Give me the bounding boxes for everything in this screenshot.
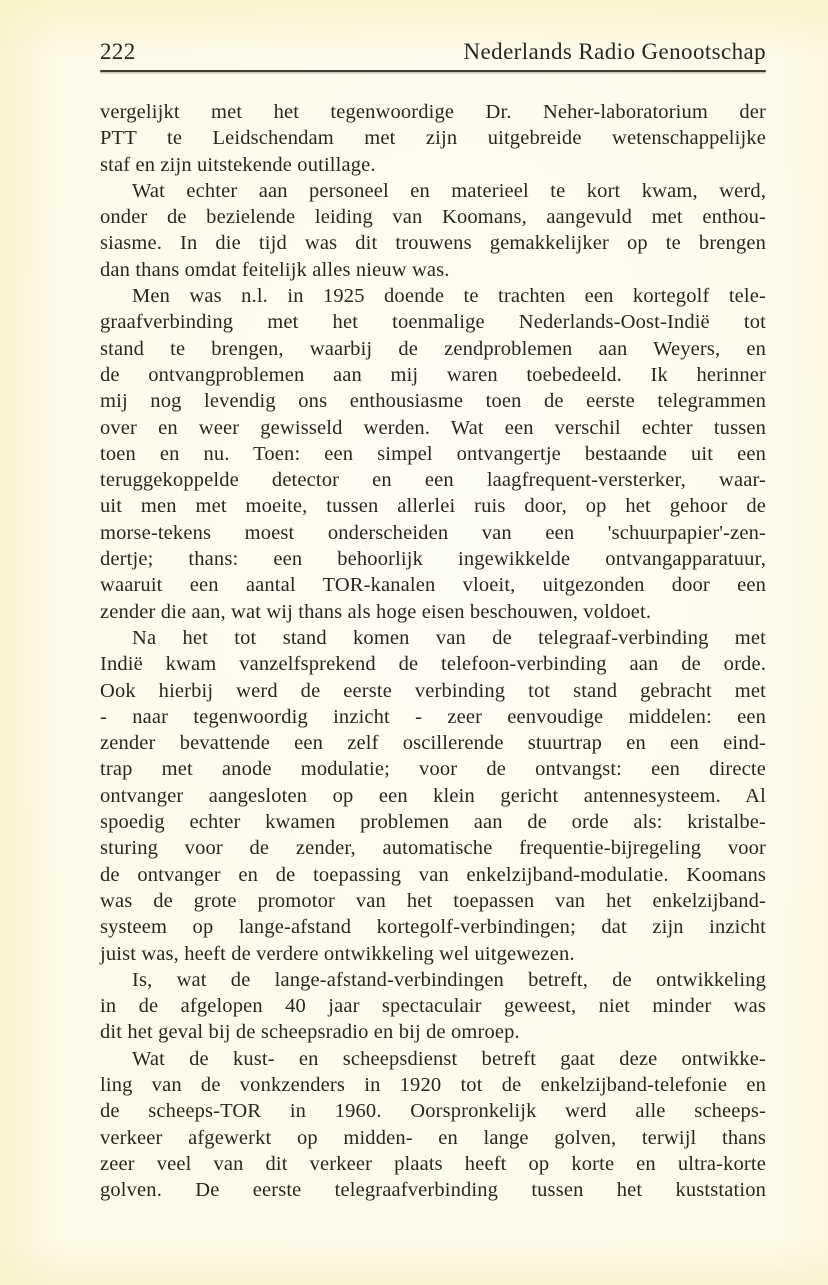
- text-line: dan thans omdat feitelijk alles nieuw wa…: [100, 257, 766, 283]
- text-line: Indië kwam vanzelfsprekend de telefoon-v…: [100, 651, 766, 677]
- text-line: waaruit een aantal TOR-kanalen vloeit, u…: [100, 572, 766, 598]
- text-line: spoedig echter kwamen problemen aan de o…: [100, 809, 766, 835]
- page-body: vergelijkt met het tegenwoordige Dr. Neh…: [100, 99, 766, 1203]
- text-line: siasme. In die tijd was dit trouwens gem…: [100, 230, 766, 256]
- text-line: de scheeps-TOR in 1960. Oorspronkelijk w…: [100, 1098, 766, 1124]
- text-line: de ontvangproblemen aan mij waren toebed…: [100, 362, 766, 388]
- text-line: ling van de vonkzenders in 1920 tot de e…: [100, 1072, 766, 1098]
- text-line: over en weer gewisseld werden. Wat een v…: [100, 415, 766, 441]
- text-line: onder de bezielende leiding van Koomans,…: [100, 204, 766, 230]
- text-line: teruggekoppelde detector en een laagfreq…: [100, 467, 766, 493]
- text-line: morse-tekens moest onderscheiden van een…: [100, 520, 766, 546]
- header-rule: [100, 70, 766, 72]
- text-line: stand te brengen, waarbij de zendproblem…: [100, 336, 766, 362]
- text-line: Na het tot stand komen van de telegraaf-…: [100, 625, 766, 651]
- text-line: mij nog levendig ons enthousiasme toen d…: [100, 388, 766, 414]
- text-line: staf en zijn uitstekende outillage.: [100, 152, 766, 178]
- paragraph: vergelijkt met het tegenwoordige Dr. Neh…: [100, 99, 766, 178]
- running-header: 222 Nederlands Radio Genootschap: [100, 38, 766, 66]
- text-line: PTT te Leidschendam met zijn uitgebreide…: [100, 125, 766, 151]
- running-title: Nederlands Radio Genootschap: [464, 38, 766, 66]
- text-line: juist was, heeft de verdere ontwikkeling…: [100, 941, 766, 967]
- paragraph: Men was n.l. in 1925 doende te trachten …: [100, 283, 766, 625]
- text-line: graafverbinding met het toenmalige Neder…: [100, 309, 766, 335]
- page-content: 222 Nederlands Radio Genootschap vergeli…: [100, 38, 766, 1203]
- paragraph: Wat de kust- en scheepsdienst betreft ga…: [100, 1046, 766, 1204]
- text-line: - naar tegenwoordig inzicht - zeer eenvo…: [100, 704, 766, 730]
- text-line: was de grote promotor van het toepassen …: [100, 888, 766, 914]
- paragraph: Na het tot stand komen van de telegraaf-…: [100, 625, 766, 967]
- text-line: verkeer afgewerkt op midden- en lange go…: [100, 1125, 766, 1151]
- text-line: Wat echter aan personeel en materieel te…: [100, 178, 766, 204]
- page-number: 222: [100, 38, 136, 66]
- text-line: trap met anode modulatie; voor de ontvan…: [100, 756, 766, 782]
- text-line: ontvanger aangesloten op een klein geric…: [100, 783, 766, 809]
- paragraph: Wat echter aan personeel en materieel te…: [100, 178, 766, 283]
- text-line: de ontvanger en de toepassing van enkelz…: [100, 862, 766, 888]
- text-line: zeer veel van dit verkeer plaats heeft o…: [100, 1151, 766, 1177]
- paragraph: Is, wat de lange-afstand-verbindingen be…: [100, 967, 766, 1046]
- text-line: Men was n.l. in 1925 doende te trachten …: [100, 283, 766, 309]
- text-line: golven. De eerste telegraafverbinding tu…: [100, 1177, 766, 1203]
- text-line: Ook hierbij werd de eerste verbinding to…: [100, 678, 766, 704]
- text-line: zender die aan, wat wij thans als hoge e…: [100, 599, 766, 625]
- text-line: uit men met moeite, tussen allerlei ruis…: [100, 493, 766, 519]
- text-line: dertje; thans: een behoorlijk ingewikkel…: [100, 546, 766, 572]
- text-line: Wat de kust- en scheepsdienst betreft ga…: [100, 1046, 766, 1072]
- text-line: vergelijkt met het tegenwoordige Dr. Neh…: [100, 99, 766, 125]
- text-line: zender bevattende een zelf oscillerende …: [100, 730, 766, 756]
- text-line: sturing voor de zender, automatische fre…: [100, 835, 766, 861]
- scanned-page: 222 Nederlands Radio Genootschap vergeli…: [0, 0, 828, 1285]
- text-line: Is, wat de lange-afstand-verbindingen be…: [100, 967, 766, 993]
- text-line: in de afgelopen 40 jaar spectaculair gew…: [100, 993, 766, 1019]
- text-line: toen en nu. Toen: een simpel ontvangertj…: [100, 441, 766, 467]
- text-line: dit het geval bij de scheepsradio en bij…: [100, 1019, 766, 1045]
- text-line: systeem op lange-afstand kortegolf-verbi…: [100, 914, 766, 940]
